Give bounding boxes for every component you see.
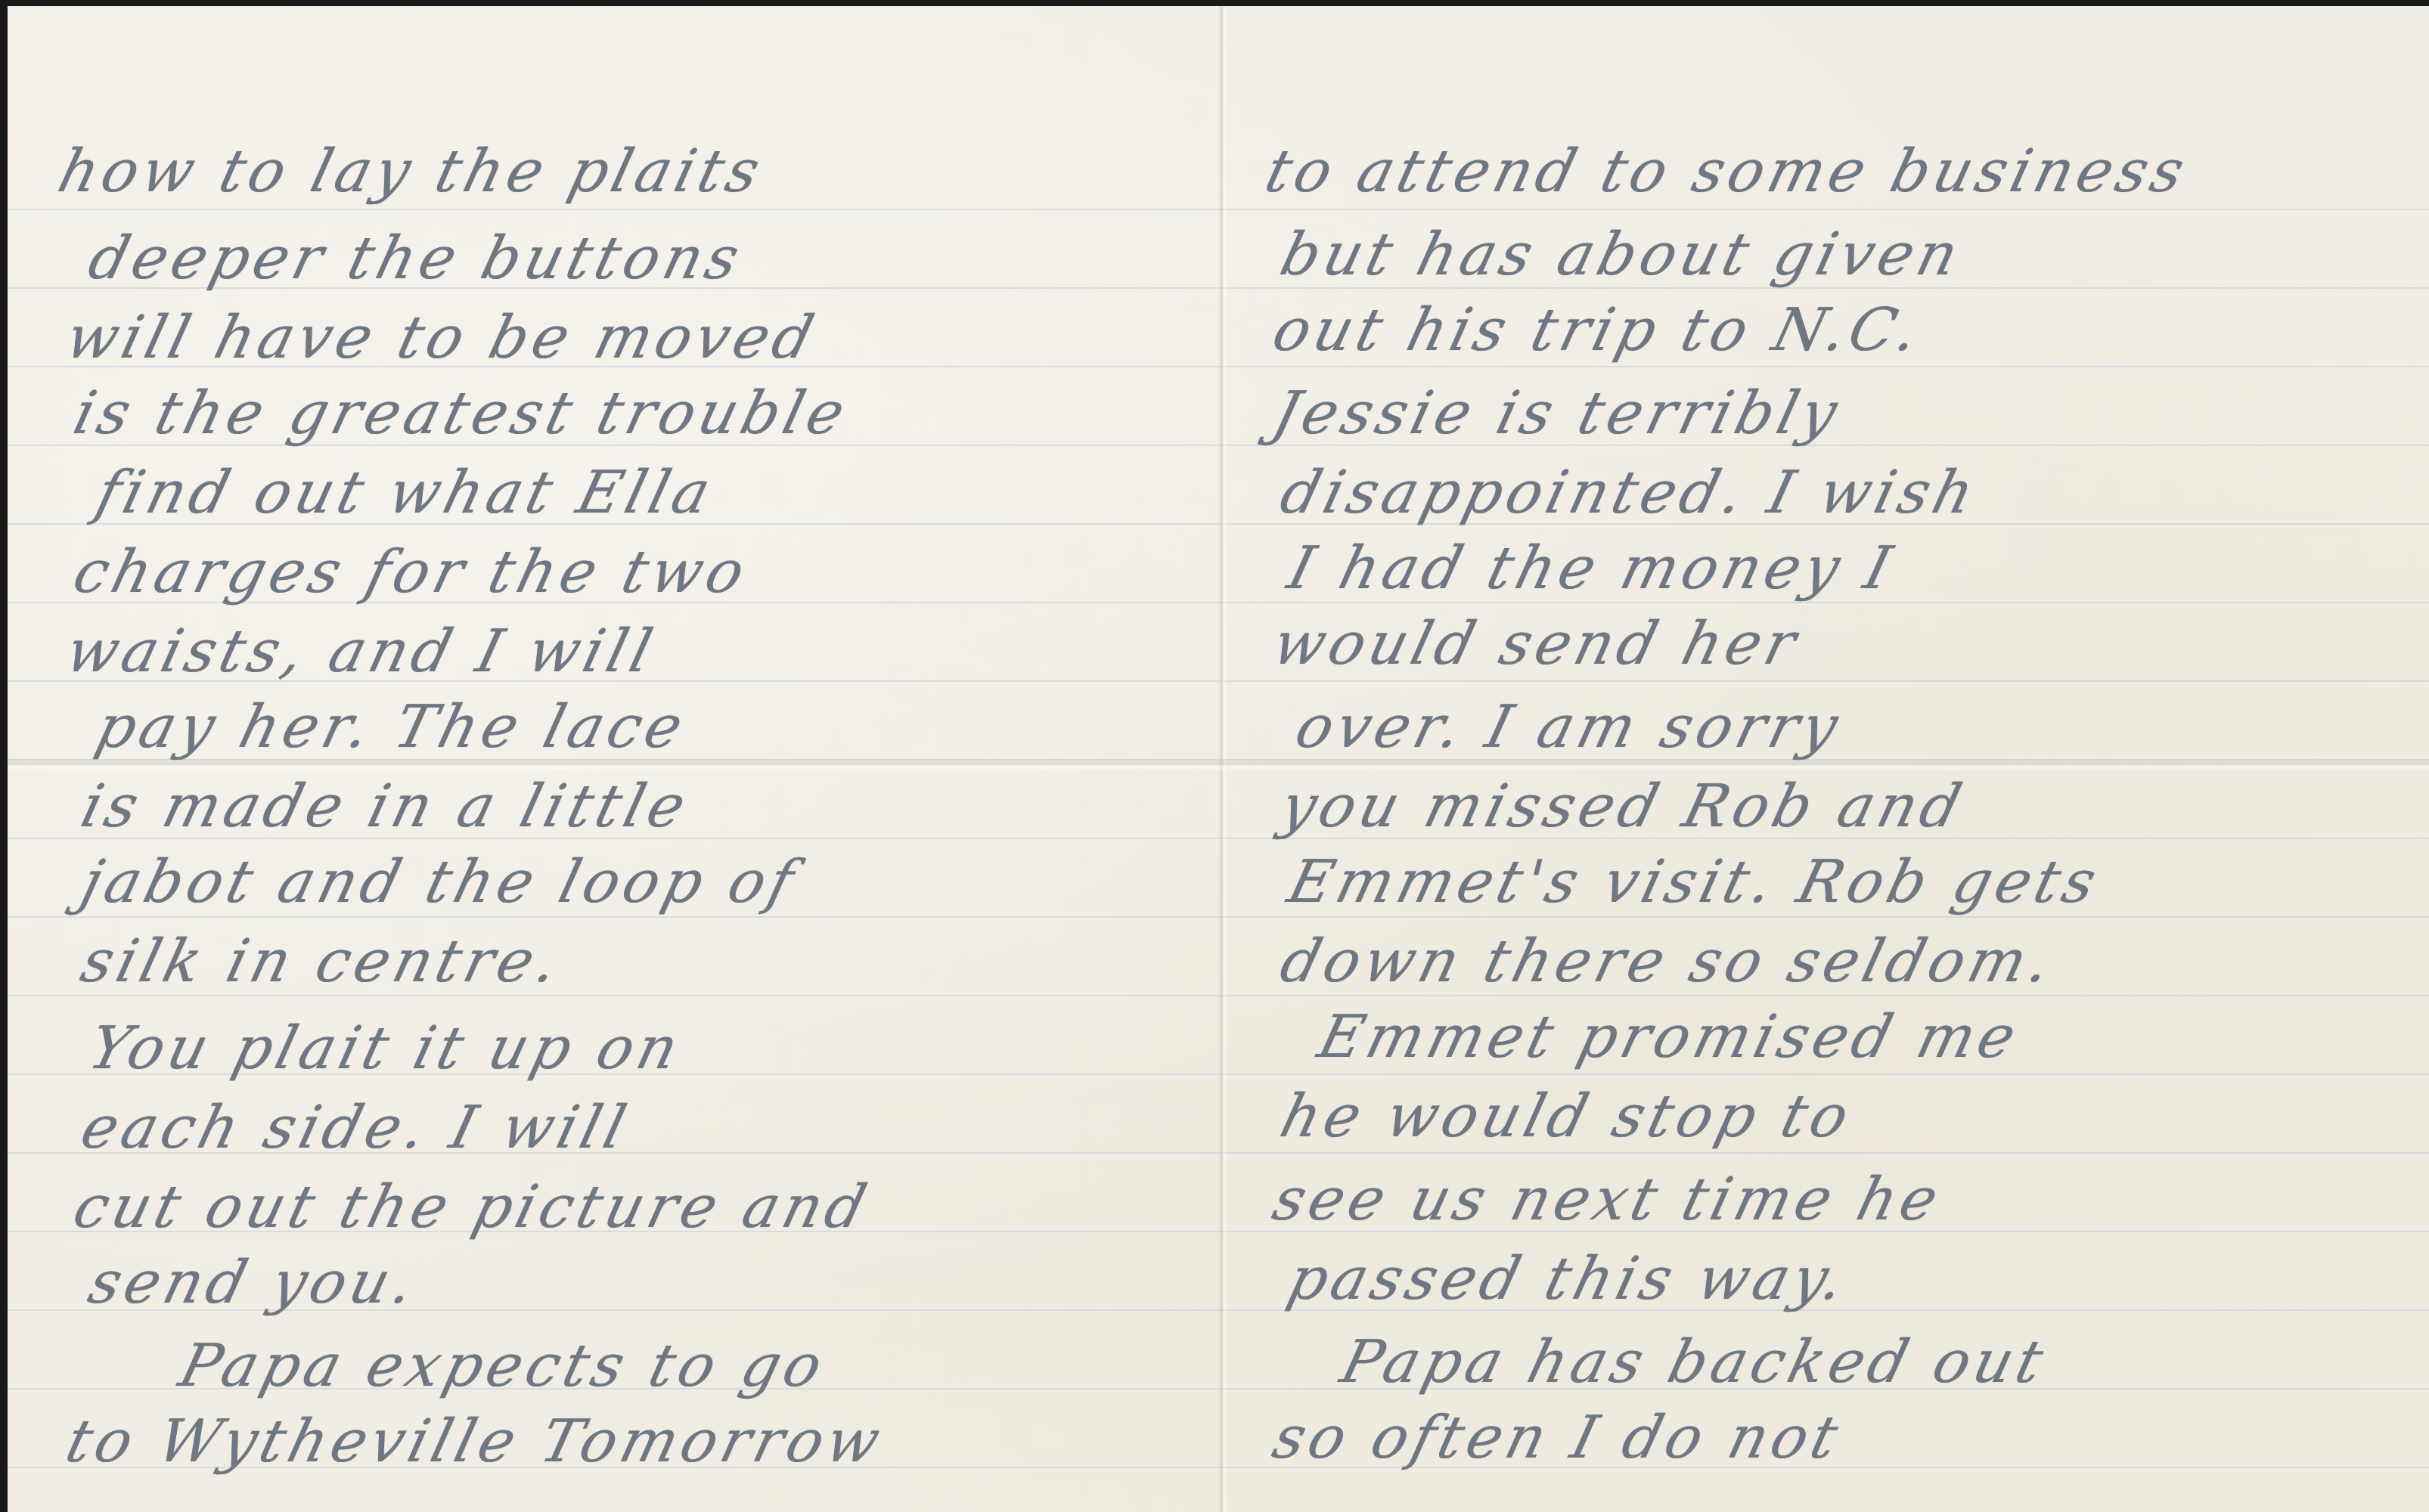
handwritten-line: charges for the two: [68, 543, 755, 602]
ruled-line: [8, 916, 1222, 918]
handwritten-line: deeper the buttons: [83, 229, 749, 288]
handwritten-line: how to lay the plaits: [53, 142, 770, 201]
handwritten-line: but has about given: [1275, 225, 1968, 284]
handwritten-line: Emmet promised me: [1313, 1008, 2026, 1067]
handwritten-line: to Wytheville Tomorrow: [60, 1412, 890, 1471]
handwritten-line: jabot and the loop of: [76, 853, 804, 912]
handwritten-line: to attend to some business: [1260, 142, 2194, 201]
handwritten-line: so often I do not: [1267, 1408, 1847, 1467]
handwritten-line: out his trip to N.C.: [1267, 301, 1928, 360]
handwritten-line: Emmet's visit. Rob gets: [1283, 853, 2106, 912]
handwritten-line: find out what Ella: [91, 463, 721, 522]
handwritten-line: I had the money I: [1283, 539, 1901, 598]
horizontal-fold-crease: [8, 758, 2429, 772]
ruled-line: [1222, 1074, 2429, 1075]
ruled-line: [1222, 366, 2429, 367]
handwritten-line: over. I am sorry: [1290, 698, 1847, 757]
handwritten-line: is made in a little: [76, 777, 696, 836]
handwritten-line: is the greatest trouble: [68, 384, 855, 443]
handwritten-line: will have to be moved: [60, 308, 824, 367]
letter-sheet: how to lay the plaits deeper the buttons…: [8, 6, 2429, 1512]
handwritten-line: you missed Rob and: [1275, 777, 1971, 836]
ruled-line: [1222, 1152, 2429, 1154]
ruled-line: [1222, 916, 2429, 918]
handwritten-line: waists, and I will: [60, 622, 662, 681]
handwritten-line: each side. I will: [76, 1098, 636, 1157]
ruled-line: [1222, 680, 2429, 682]
ruled-line: [8, 209, 1222, 210]
handwritten-line: pay her. The lace: [91, 698, 693, 757]
handwritten-line: send you.: [83, 1253, 424, 1312]
handwritten-line: would send her: [1267, 615, 1806, 674]
handwritten-line: Jessie is terribly: [1267, 384, 1847, 443]
handwritten-line: cut out the picture and: [68, 1178, 876, 1237]
ruled-line: [1222, 209, 2429, 210]
handwritten-line: see us next time he: [1267, 1170, 1948, 1229]
handwritten-line: Papa has backed out: [1335, 1333, 2053, 1392]
handwritten-line: passed this way.: [1283, 1250, 1854, 1309]
handwritten-line: disappointed. I wish: [1275, 463, 1984, 522]
handwritten-line: down there so seldom.: [1275, 932, 2061, 991]
handwritten-line: silk in centre.: [76, 932, 568, 991]
handwritten-line: he would stop to: [1275, 1087, 1859, 1146]
handwritten-line: Papa expects to go: [174, 1337, 832, 1396]
handwritten-line: You plait it up on: [83, 1019, 688, 1078]
